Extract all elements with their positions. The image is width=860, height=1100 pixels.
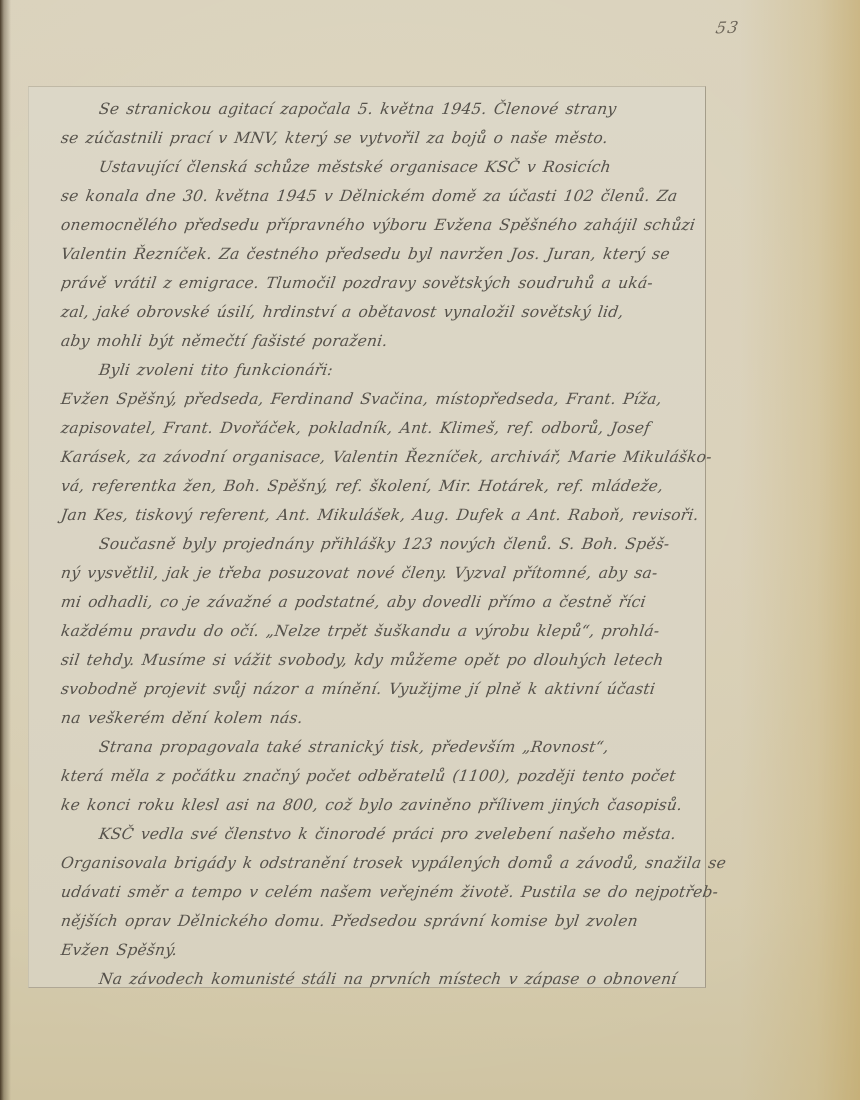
handwritten-line: Se stranickou agitací započala 5. května… [59, 95, 703, 124]
handwritten-line: každému pravdu do očí. „Nelze trpět šušk… [59, 617, 703, 646]
handwritten-line: která měla z počátku značný počet odběra… [59, 762, 703, 791]
handwritten-line: Jan Kes, tiskový referent, Ant. Mikuláše… [59, 501, 703, 530]
handwritten-line: onemocnělého předsedu přípravného výboru… [59, 211, 703, 240]
handwritten-line: Současně byly projednány přihlášky 123 n… [59, 530, 703, 559]
handwritten-line: ke konci roku klesl asi na 800, což bylo… [59, 791, 703, 820]
handwritten-line: svobodně projevit svůj názor a mínění. V… [59, 675, 703, 704]
handwritten-line: aby mohli být němečtí fašisté poraženi. [59, 327, 703, 356]
handwritten-line: Strana propagovala také stranický tisk, … [59, 733, 703, 762]
handwritten-line: ný vysvětlil, jak je třeba posuzovat nov… [59, 559, 703, 588]
handwritten-line: udávati směr a tempo v celém našem veřej… [59, 878, 703, 907]
album-page: 53 — Se stranickou agitací započala 5. k… [0, 0, 860, 1100]
handwritten-line: právě vrátil z emigrace. Tlumočil pozdra… [59, 269, 703, 298]
handwritten-line: Karásek, za závodní organisace, Valentin… [59, 443, 703, 472]
handwritten-line: nějších oprav Dělnického domu. Předsedou… [59, 907, 703, 936]
handwritten-line: Ustavující členská schůze městské organi… [59, 153, 703, 182]
handwritten-line: Byli zvoleni tito funkcionáři: [59, 356, 703, 385]
handwritten-line: Organisovala brigády k odstranění trosek… [59, 849, 703, 878]
page-number: 53 [714, 18, 741, 38]
pasted-sheet: Se stranickou agitací započala 5. května… [28, 86, 706, 988]
handwritten-line: se konala dne 30. května 1945 v Dělnické… [59, 182, 703, 211]
handwritten-line: KSČ vedla své členstvo k činorodé práci … [59, 820, 703, 849]
handwritten-line: Valentin Řezníček. Za čestného předsedu … [59, 240, 703, 269]
handwritten-line: na veškerém dění kolem nás. [59, 704, 703, 733]
handwritten-line: Evžen Spěšný, předseda, Ferdinand Svačin… [59, 385, 703, 414]
handwritten-line: zapisovatel, Frant. Dvořáček, pokladník,… [59, 414, 703, 443]
handwritten-line: sil tehdy. Musíme si vážit svobody, kdy … [59, 646, 703, 675]
handwritten-line: Na závodech komunisté stáli na prvních m… [59, 965, 703, 994]
handwritten-text-block: Se stranickou agitací započala 5. května… [59, 95, 699, 994]
handwritten-line: vá, referentka žen, Boh. Spěšný, ref. šk… [59, 472, 703, 501]
handwritten-line: mi odhadli, co je závažné a podstatné, a… [59, 588, 703, 617]
handwritten-line: Evžen Spěšný. [59, 936, 703, 965]
handwritten-line: se zúčastnili prací v MNV, který se vytv… [59, 124, 703, 153]
handwritten-line: zal, jaké obrovské úsilí, hrdinství a ob… [59, 298, 703, 327]
